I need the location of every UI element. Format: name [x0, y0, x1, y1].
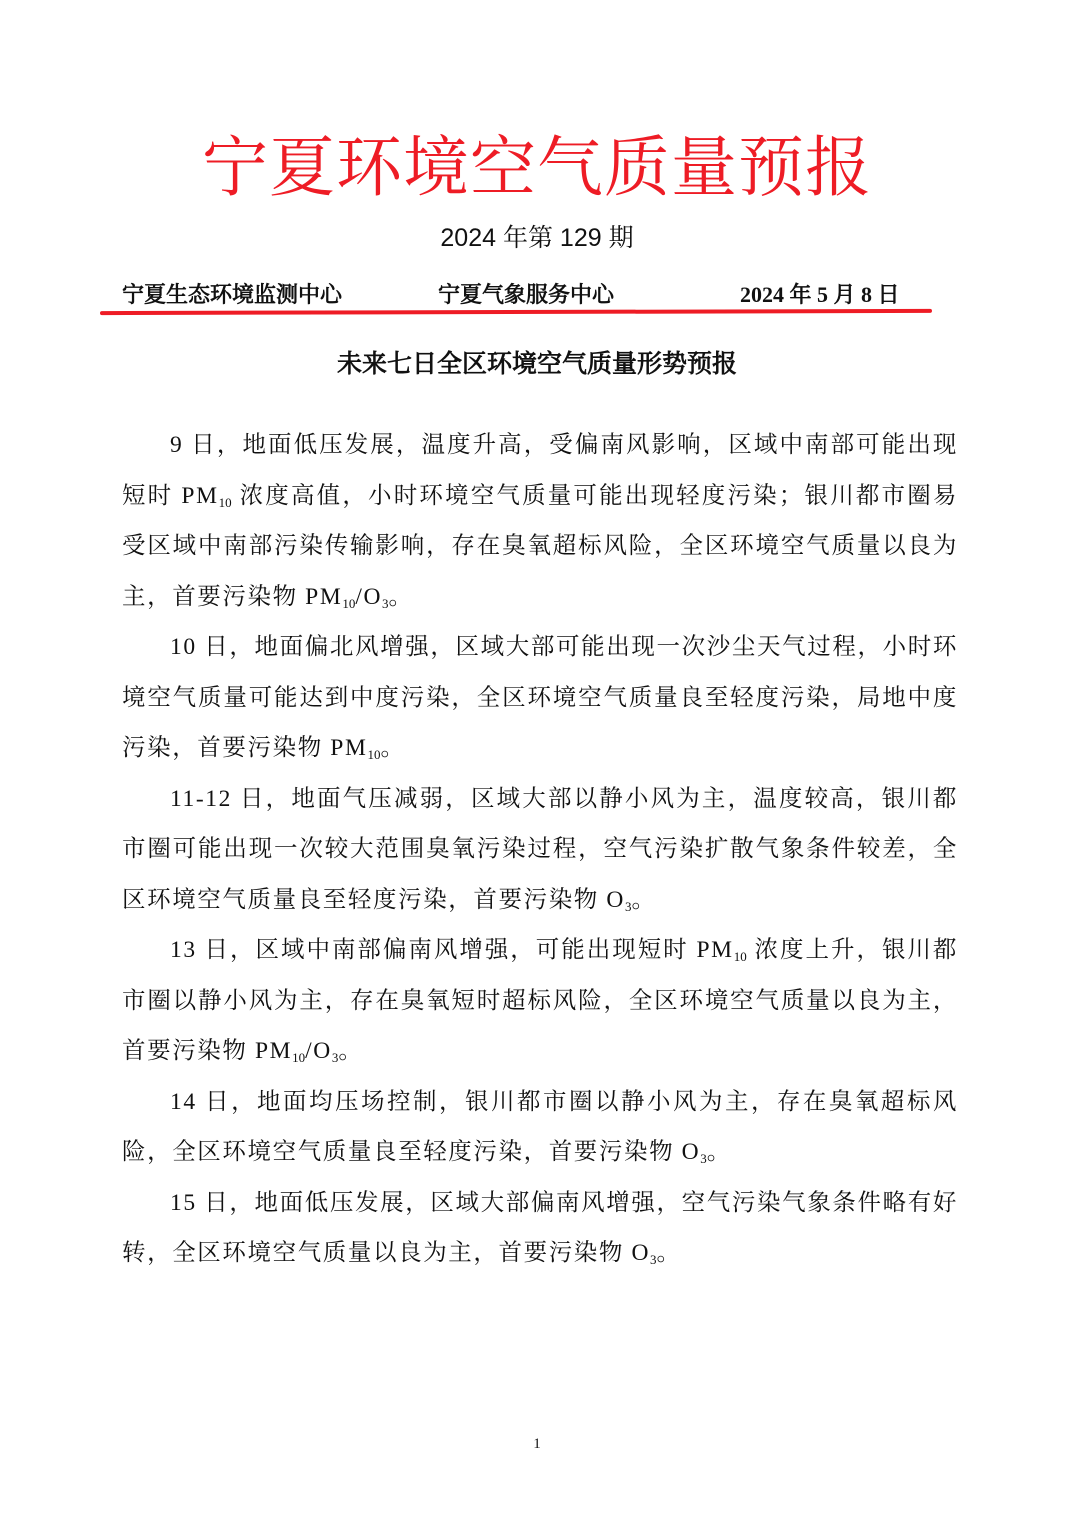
- subscript: 3: [382, 596, 389, 611]
- issue-date: 2024 年 5 月 8 日: [740, 280, 900, 310]
- subscript: 10: [734, 949, 747, 964]
- issuer-monitoring-center: 宁夏生态环境监测中心: [122, 280, 342, 310]
- issuer-meteorological-center: 宁夏气象服务中心: [438, 280, 614, 310]
- issuer-row: 宁夏生态环境监测中心 宁夏气象服务中心 2024 年 5 月 8 日: [122, 280, 922, 310]
- forecast-paragraph-day-14: 14 日，地面均压场控制，银川都市圈以静小风为主，存在臭氧超标风险，全区环境空气…: [122, 1077, 958, 1178]
- subscript: 3: [650, 1252, 657, 1267]
- subscript: 3: [700, 1151, 707, 1166]
- page-number: 1: [0, 1436, 1074, 1453]
- forecast-body: 9 日，地面低压发展，温度升高，受偏南风影响，区域中南部可能出现短时 PM10 …: [122, 420, 958, 1279]
- subscript: 10: [342, 596, 355, 611]
- subscript: 3: [625, 899, 632, 914]
- subscript: 10: [367, 747, 380, 762]
- forecast-paragraph-day-15: 15 日，地面低压发展，区域大部偏南风增强，空气污染气象条件略有好转，全区环境空…: [122, 1178, 958, 1279]
- red-divider-rule: [100, 309, 932, 315]
- masthead-title: 宁夏环境空气质量预报: [0, 128, 1074, 208]
- section-title: 未来七日全区环境空气质量形势预报: [0, 348, 1074, 380]
- forecast-paragraph-day-13: 13 日，区域中南部偏南风增强，可能出现短时 PM10 浓度上升，银川都市圈以静…: [122, 925, 958, 1077]
- forecast-paragraph-day-9: 9 日，地面低压发展，温度升高，受偏南风影响，区域中南部可能出现短时 PM10 …: [122, 420, 958, 622]
- subscript: 3: [332, 1050, 339, 1065]
- subscript: 10: [292, 1050, 305, 1065]
- forecast-paragraph-day-11-12: 11-12 日，地面气压减弱，区域大部以静小风为主，温度较高，银川都市圈可能出现…: [122, 774, 958, 926]
- subscript: 10: [219, 495, 232, 510]
- forecast-paragraph-day-10: 10 日，地面偏北风增强，区域大部可能出现一次沙尘天气过程，小时环境空气质量可能…: [122, 622, 958, 774]
- issue-number: 2024 年第 129 期: [0, 222, 1074, 254]
